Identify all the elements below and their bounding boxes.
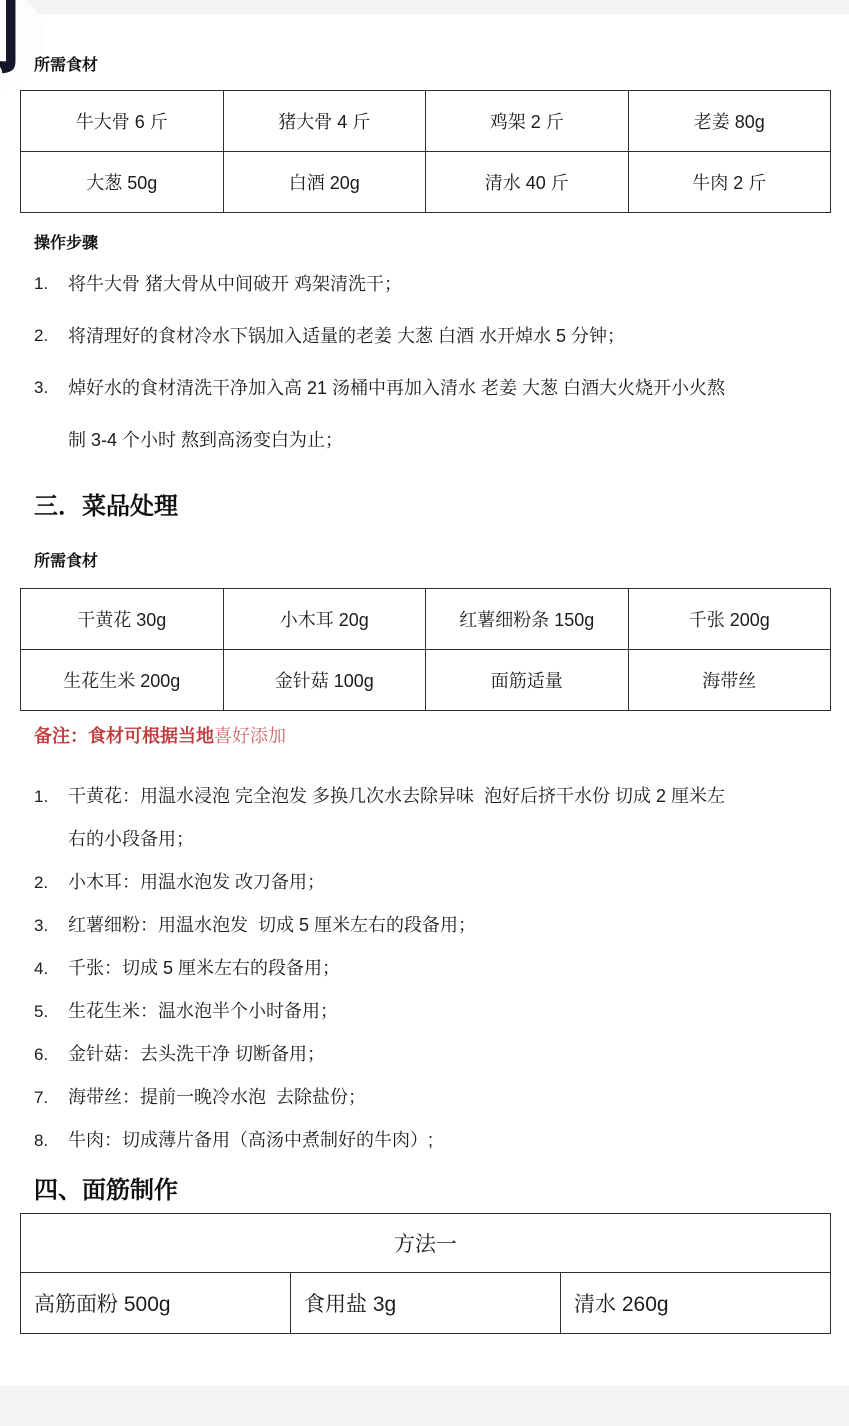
dish-ingredients-table: 干黄花 30g 小木耳 20g 红薯细粉条 150g 千张 200g 生花生米 … xyxy=(20,588,831,711)
step-text: 海带丝：提前一晚冷水泡 去除盐份； xyxy=(68,1076,820,1119)
step-number: 6. xyxy=(34,1033,68,1076)
step-number: 2. xyxy=(34,310,68,362)
table-row: 大葱 50g 白酒 20g 清水 40 斤 牛肉 2 斤 xyxy=(21,152,831,213)
table-cell: 白酒 20g xyxy=(223,152,426,213)
broth-ingredients-table: 牛大骨 6 斤 猪大骨 4 斤 鸡架 2 斤 老姜 80g 大葱 50g 白酒 … xyxy=(20,90,831,213)
step-item: 7. 海带丝：提前一晚冷水泡 去除盐份； xyxy=(34,1076,820,1119)
step-number: 1. xyxy=(34,258,68,310)
step-text: 将牛大骨 猪大骨从中间破开 鸡架清洗干； xyxy=(68,258,820,310)
table-row: 牛大骨 6 斤 猪大骨 4 斤 鸡架 2 斤 老姜 80g xyxy=(21,91,831,152)
broth-steps-list: 1. 将牛大骨 猪大骨从中间破开 鸡架清洗干； 2. 将清理好的食材冷水下锅加入… xyxy=(34,258,820,466)
table-row: 高筋面粉 500g 食用盐 3g 清水 260g xyxy=(21,1273,831,1334)
broth-steps-heading: 操作步骤 xyxy=(34,230,98,253)
top-gray-strip xyxy=(0,0,849,14)
step-number: 4. xyxy=(34,947,68,990)
method-header-cell: 方法一 xyxy=(21,1214,831,1273)
table-header-row: 方法一 xyxy=(21,1214,831,1273)
bottom-gray-strip xyxy=(0,1386,849,1426)
note-bold-text: 备注：食材可根据当地 xyxy=(34,726,214,746)
table-cell: 海带丝 xyxy=(628,650,831,711)
step-item: 5. 生花生米：温水泡半个小时备用； xyxy=(34,990,820,1033)
table-cell: 干黄花 30g xyxy=(21,589,224,650)
table-cell: 牛肉 2 斤 xyxy=(628,152,831,213)
table-cell: 大葱 50g xyxy=(21,152,224,213)
step-text: 牛肉：切成薄片备用（高汤中煮制好的牛肉）; xyxy=(68,1119,820,1162)
step-text: 红薯细粉：用温水泡发 切成 5 厘米左右的段备用； xyxy=(68,904,820,947)
step-item: 8. 牛肉：切成薄片备用（高汤中煮制好的牛肉）; xyxy=(34,1119,820,1162)
table-row: 生花生米 200g 金针菇 100g 面筋适量 海带丝 xyxy=(21,650,831,711)
table-cell: 高筋面粉 500g xyxy=(21,1273,291,1334)
table-cell: 生花生米 200g xyxy=(21,650,224,711)
table-cell: 食用盐 3g xyxy=(291,1273,561,1334)
step-item: 1. 干黄花：用温水浸泡 完全泡发 多换几次水去除异味 泡好后挤干水份 切成 2… xyxy=(34,775,820,861)
table-cell: 老姜 80g xyxy=(628,91,831,152)
table-cell: 牛大骨 6 斤 xyxy=(21,91,224,152)
step-number: 3. xyxy=(34,362,68,414)
table-cell: 小木耳 20g xyxy=(223,589,426,650)
step-number: 1. xyxy=(34,775,68,818)
dish-prep-list: 1. 干黄花：用温水浸泡 完全泡发 多换几次水去除异味 泡好后挤干水份 切成 2… xyxy=(34,775,820,1162)
step-item: 1. 将牛大骨 猪大骨从中间破开 鸡架清洗干； xyxy=(34,258,820,310)
recipe-document-page: { "decor": { "corner_glyph": "订" }, "sou… xyxy=(0,0,849,1426)
step-number: 5. xyxy=(34,990,68,1033)
step-item: 2. 小木耳：用温水泡发 改刀备用； xyxy=(34,861,820,904)
table-cell: 金针菇 100g xyxy=(223,650,426,711)
table-cell: 鸡架 2 斤 xyxy=(426,91,629,152)
step-item: 3. 焯好水的食材清洗干净加入高 21 汤桶中再加入清水 老姜 大葱 白酒大火烧… xyxy=(34,362,820,466)
step-item: 2. 将清理好的食材冷水下锅加入适量的老姜 大葱 白酒 水开焯水 5 分钟； xyxy=(34,310,820,362)
step-text: 焯好水的食材清洗干净加入高 21 汤桶中再加入清水 老姜 大葱 白酒大火烧开小火… xyxy=(68,362,820,466)
step-text: 将清理好的食材冷水下锅加入适量的老姜 大葱 白酒 水开焯水 5 分钟； xyxy=(68,310,820,362)
step-item: 3. 红薯细粉：用温水泡发 切成 5 厘米左右的段备用； xyxy=(34,904,820,947)
table-cell: 千张 200g xyxy=(628,589,831,650)
dish-ingredients-heading: 所需食材 xyxy=(34,548,98,571)
step-number: 2. xyxy=(34,861,68,904)
step-text: 小木耳：用温水泡发 改刀备用； xyxy=(68,861,820,904)
note-line: 备注：食材可根据当地喜好添加 xyxy=(34,722,286,750)
step-text: 生花生米：温水泡半个小时备用； xyxy=(68,990,820,1033)
step-item: 4. 千张：切成 5 厘米左右的段备用； xyxy=(34,947,820,990)
step-text: 千张：切成 5 厘米左右的段备用； xyxy=(68,947,820,990)
broth-ingredients-heading: 所需食材 xyxy=(34,52,98,75)
table-cell: 清水 40 斤 xyxy=(426,152,629,213)
step-text: 干黄花：用温水浸泡 完全泡发 多换几次水去除异味 泡好后挤干水份 切成 2 厘米… xyxy=(68,775,820,861)
section-4-heading: 四、面筋制作 xyxy=(34,1170,178,1205)
table-cell: 清水 260g xyxy=(561,1273,831,1334)
step-number: 3. xyxy=(34,904,68,947)
step-number: 8. xyxy=(34,1119,68,1162)
table-cell: 面筋适量 xyxy=(426,650,629,711)
table-cell: 猪大骨 4 斤 xyxy=(223,91,426,152)
step-item: 6. 金针菇：去头洗干净 切断备用； xyxy=(34,1033,820,1076)
note-light-text: 喜好添加 xyxy=(214,726,286,746)
gluten-method-table: 方法一 高筋面粉 500g 食用盐 3g 清水 260g xyxy=(20,1213,831,1334)
section-3-heading: 三．菜品处理 xyxy=(34,486,178,521)
table-row: 干黄花 30g 小木耳 20g 红薯细粉条 150g 千张 200g xyxy=(21,589,831,650)
table-cell: 红薯细粉条 150g xyxy=(426,589,629,650)
step-text: 金针菇：去头洗干净 切断备用； xyxy=(68,1033,820,1076)
step-number: 7. xyxy=(34,1076,68,1119)
